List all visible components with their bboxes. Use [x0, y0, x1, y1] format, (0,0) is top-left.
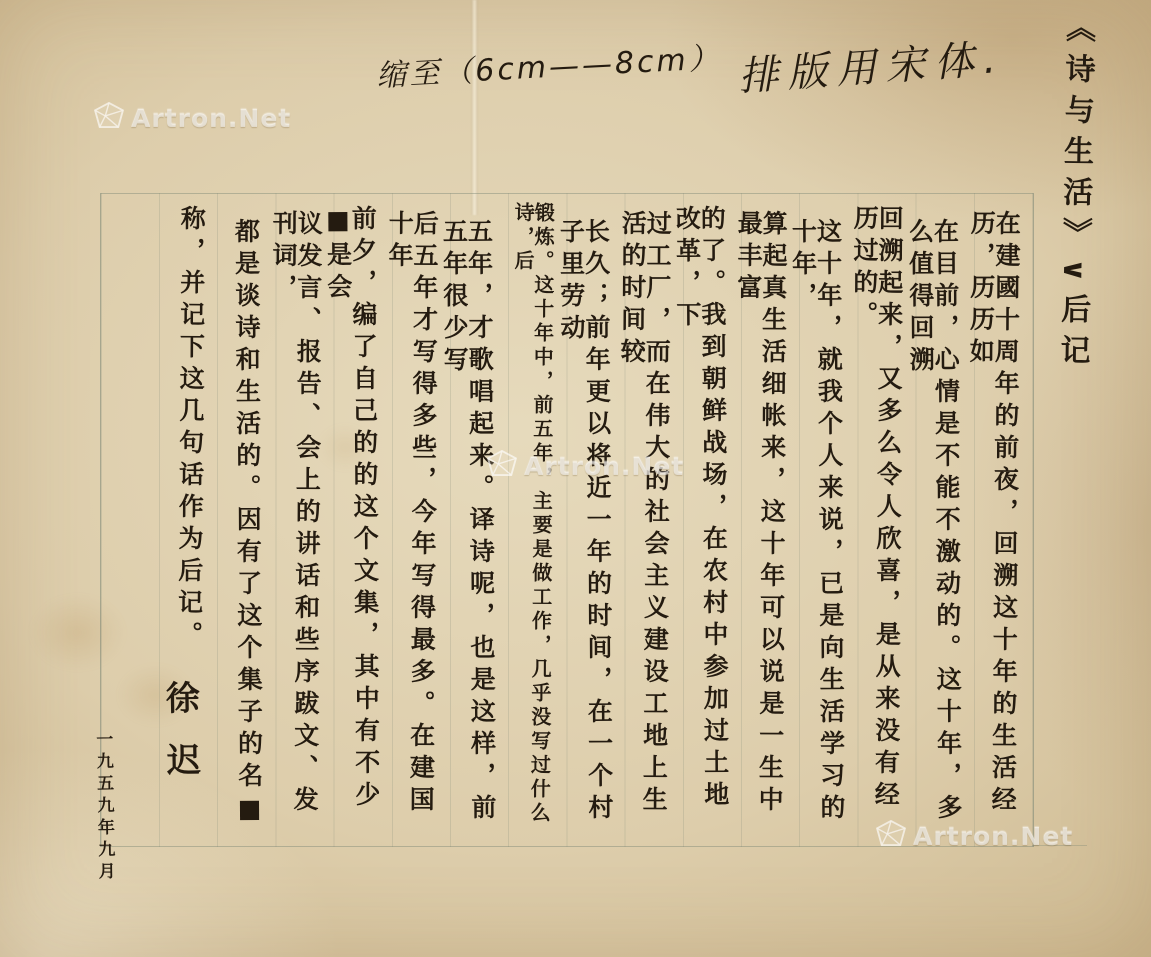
manuscript-column: 议发言、报告、会上的讲话和些序跋文、发刊词，	[273, 196, 336, 844]
manuscript-column: 都是谈诗和生活的。因有了这个集子的名■	[215, 196, 277, 844]
manuscript-column: 算起真生活细帐来，这十年可以说是一生中最丰富	[739, 196, 802, 844]
manuscript-sheet: 缩至（6cm——8cm） 排版用宋体. 《诗与生活》∨后记 在建國十周年的前夜，…	[0, 0, 1151, 957]
manuscript-column: 的了。我到朝鲜战场，在农村中参加过土地改革，下	[681, 196, 743, 844]
manuscript-title: 《诗与生活》∨后记	[1049, 12, 1100, 413]
typesetting-size-note: 缩至（6cm——8cm）	[375, 33, 722, 95]
watermark: Artron.Net	[876, 820, 1073, 852]
watermark-text: Artron.Net	[913, 822, 1073, 851]
artron-gem-icon	[876, 820, 906, 852]
artron-gem-icon	[487, 450, 517, 482]
typesetting-typeface-note: 排版用宋体.	[736, 27, 1006, 102]
paper-fold-crease	[471, 0, 478, 215]
watermark-text: Artron.Net	[131, 104, 291, 133]
manuscript-column: 在建國十周年的前夜，回溯这十年的生活经历，历历如	[972, 196, 1032, 844]
manuscript-column: 锻炼。这十年中，前五年，主要是做工作，几乎没写过什么诗，后	[506, 196, 569, 844]
artron-gem-icon	[94, 102, 124, 134]
manuscript-column: 回溯起来，又多么令人欣喜，是从来没有经历过的。	[855, 196, 918, 844]
watermark: Artron.Net	[487, 450, 684, 482]
watermark: Artron.Net	[94, 102, 291, 134]
manuscript-column: 后五年才写得多些，今年写得最多。在建国十年	[390, 196, 453, 844]
manuscript-column: 长久；前年更以将近一年的时间，在一个村子里劳动	[565, 196, 627, 844]
manuscript-column: 前夕，编了自己的的这个文集，其中有不少■是会	[332, 196, 394, 844]
manuscript-column: 五年，才歌唱起来。译诗呢，也是这样，前五年很少写	[448, 196, 510, 844]
manuscript-date: 一九五九年九月	[90, 730, 119, 940]
manuscript-column: 这十年，就我个人来说，已是向生活学习的十年，	[797, 196, 859, 844]
manuscript-column: 过工厂，而在伟大的社会主义建设工地上生活的时间较	[622, 196, 685, 844]
manuscript-column: 在目前，心情是不能不激动的。这十年，多么值得回溯	[914, 196, 976, 844]
manuscript-text-block: 在建國十周年的前夜，回溯这十年的生活经历，历历如 在目前，心情是不能不激动的。这…	[159, 196, 1032, 844]
watermark-text: Artron.Net	[524, 452, 684, 481]
author-signature: 徐迟	[155, 680, 206, 805]
